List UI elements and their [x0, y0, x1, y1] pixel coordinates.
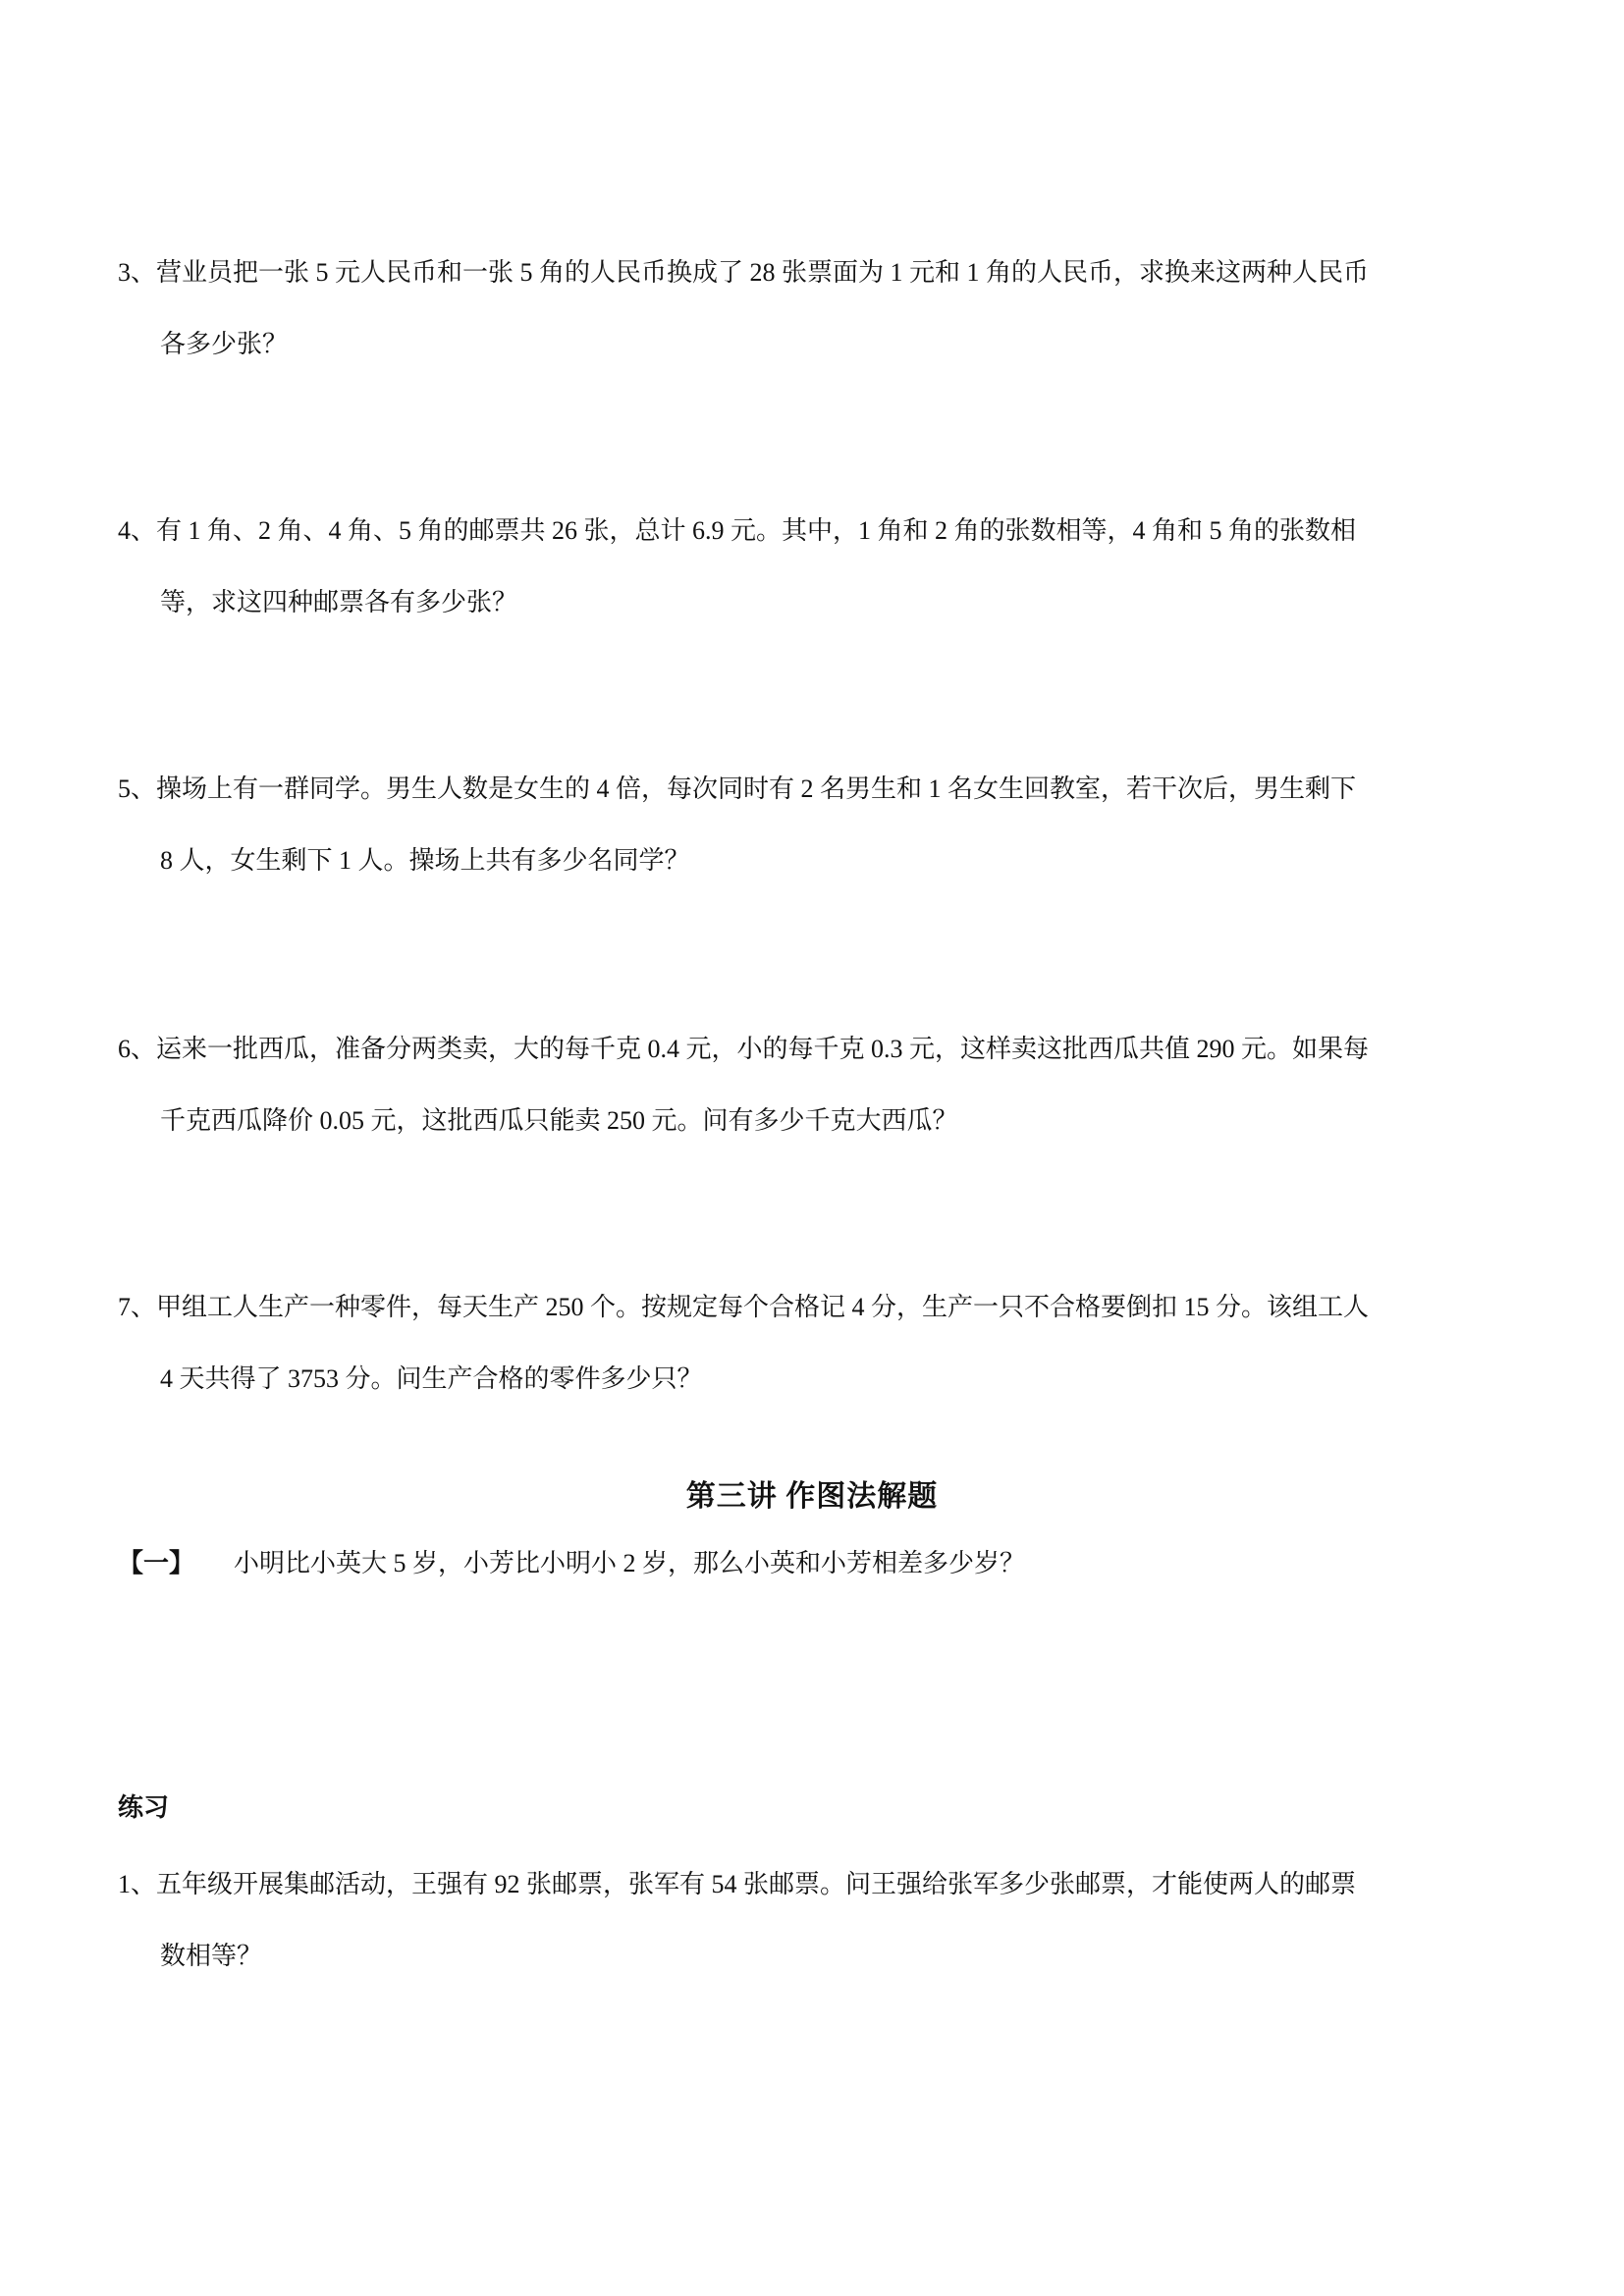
problem-6-line-1: 6、运来一批西瓜，准备分两类卖，大的每千克 0.4 元，小的每千克 0.3 元，…: [118, 1013, 1507, 1085]
problem-6: 6、运来一批西瓜，准备分两类卖，大的每千克 0.4 元，小的每千克 0.3 元，…: [118, 1013, 1507, 1156]
problem-4: 4、有 1 角、2 角、4 角、5 角的邮票共 26 张，总计 6.9 元。其中…: [118, 495, 1507, 638]
problem-number: 3、: [118, 258, 156, 287]
document-page: 3、营业员把一张 5 元人民币和一张 5 角的人民币换成了 28 张票面为 1 …: [0, 0, 1624, 2296]
problem-3: 3、营业员把一张 5 元人民币和一张 5 角的人民币换成了 28 张票面为 1 …: [118, 237, 1507, 380]
problem-text: 营业员把一张 5 元人民币和一张 5 角的人民币换成了 28 张票面为 1 元和…: [156, 258, 1369, 287]
example-label: 【一】: [118, 1549, 194, 1577]
problem-text: 五年级开展集邮活动，王强有 92 张邮票，张军有 54 张邮票。问王强给张军多少…: [156, 1870, 1356, 1898]
problem-text: 操场上有一群同学。男生人数是女生的 4 倍，每次同时有 2 名男生和 1 名女生…: [156, 774, 1356, 803]
problem-4-line-1: 4、有 1 角、2 角、4 角、5 角的邮票共 26 张，总计 6.9 元。其中…: [118, 495, 1507, 566]
problem-5: 5、操场上有一群同学。男生人数是女生的 4 倍，每次同时有 2 名男生和 1 名…: [118, 753, 1507, 896]
problem-6-line-2: 千克西瓜降价 0.05 元，这批西瓜只能卖 250 元。问有多少千克大西瓜？: [118, 1085, 1507, 1156]
practice-heading: 练习: [118, 1789, 169, 1828]
practice-problem-1: 1、五年级开展集邮活动，王强有 92 张邮票，张军有 54 张邮票。问王强给张军…: [118, 1848, 1507, 1992]
problem-4-line-2: 等，求这四种邮票各有多少张？: [118, 566, 1507, 638]
problem-number: 6、: [118, 1035, 156, 1063]
problem-5-line-2: 8 人，女生剩下 1 人。操场上共有多少名同学？: [118, 825, 1507, 896]
problem-number: 4、: [118, 516, 156, 545]
problem-number: 5、: [118, 774, 156, 803]
problem-7: 7、甲组工人生产一种零件，每天生产 250 个。按规定每个合格记 4 分，生产一…: [118, 1271, 1507, 1415]
practice-problem-1-line-2: 数相等？: [118, 1920, 1507, 1992]
problem-7-line-2: 4 天共得了 3753 分。问生产合格的零件多少只？: [118, 1343, 1507, 1415]
problem-5-line-1: 5、操场上有一群同学。男生人数是女生的 4 倍，每次同时有 2 名男生和 1 名…: [118, 753, 1507, 825]
problem-3-line-1: 3、营业员把一张 5 元人民币和一张 5 角的人民币换成了 28 张票面为 1 …: [118, 237, 1507, 308]
problem-text: 甲组工人生产一种零件，每天生产 250 个。按规定每个合格记 4 分，生产一只不…: [156, 1293, 1369, 1321]
section-title: 第三讲 作图法解题: [0, 1472, 1624, 1522]
example-text: 小明比小英大 5 岁，小芳比小明小 2 岁，那么小英和小芳相差多少岁？: [234, 1549, 1025, 1577]
problem-3-line-2: 各多少张？: [118, 308, 1507, 380]
problem-number: 1、: [118, 1870, 156, 1898]
problem-number: 7、: [118, 1293, 156, 1321]
practice-problem-1-line-1: 1、五年级开展集邮活动，王强有 92 张邮票，张军有 54 张邮票。问王强给张军…: [118, 1848, 1507, 1920]
problem-7-line-1: 7、甲组工人生产一种零件，每天生产 250 个。按规定每个合格记 4 分，生产一…: [118, 1271, 1507, 1343]
problem-text: 有 1 角、2 角、4 角、5 角的邮票共 26 张，总计 6.9 元。其中，1…: [156, 516, 1356, 545]
problem-text: 运来一批西瓜，准备分两类卖，大的每千克 0.4 元，小的每千克 0.3 元，这样…: [156, 1035, 1369, 1063]
example-problem: 【一】小明比小英大 5 岁，小芳比小明小 2 岁，那么小英和小芳相差多少岁？: [118, 1544, 1025, 1583]
